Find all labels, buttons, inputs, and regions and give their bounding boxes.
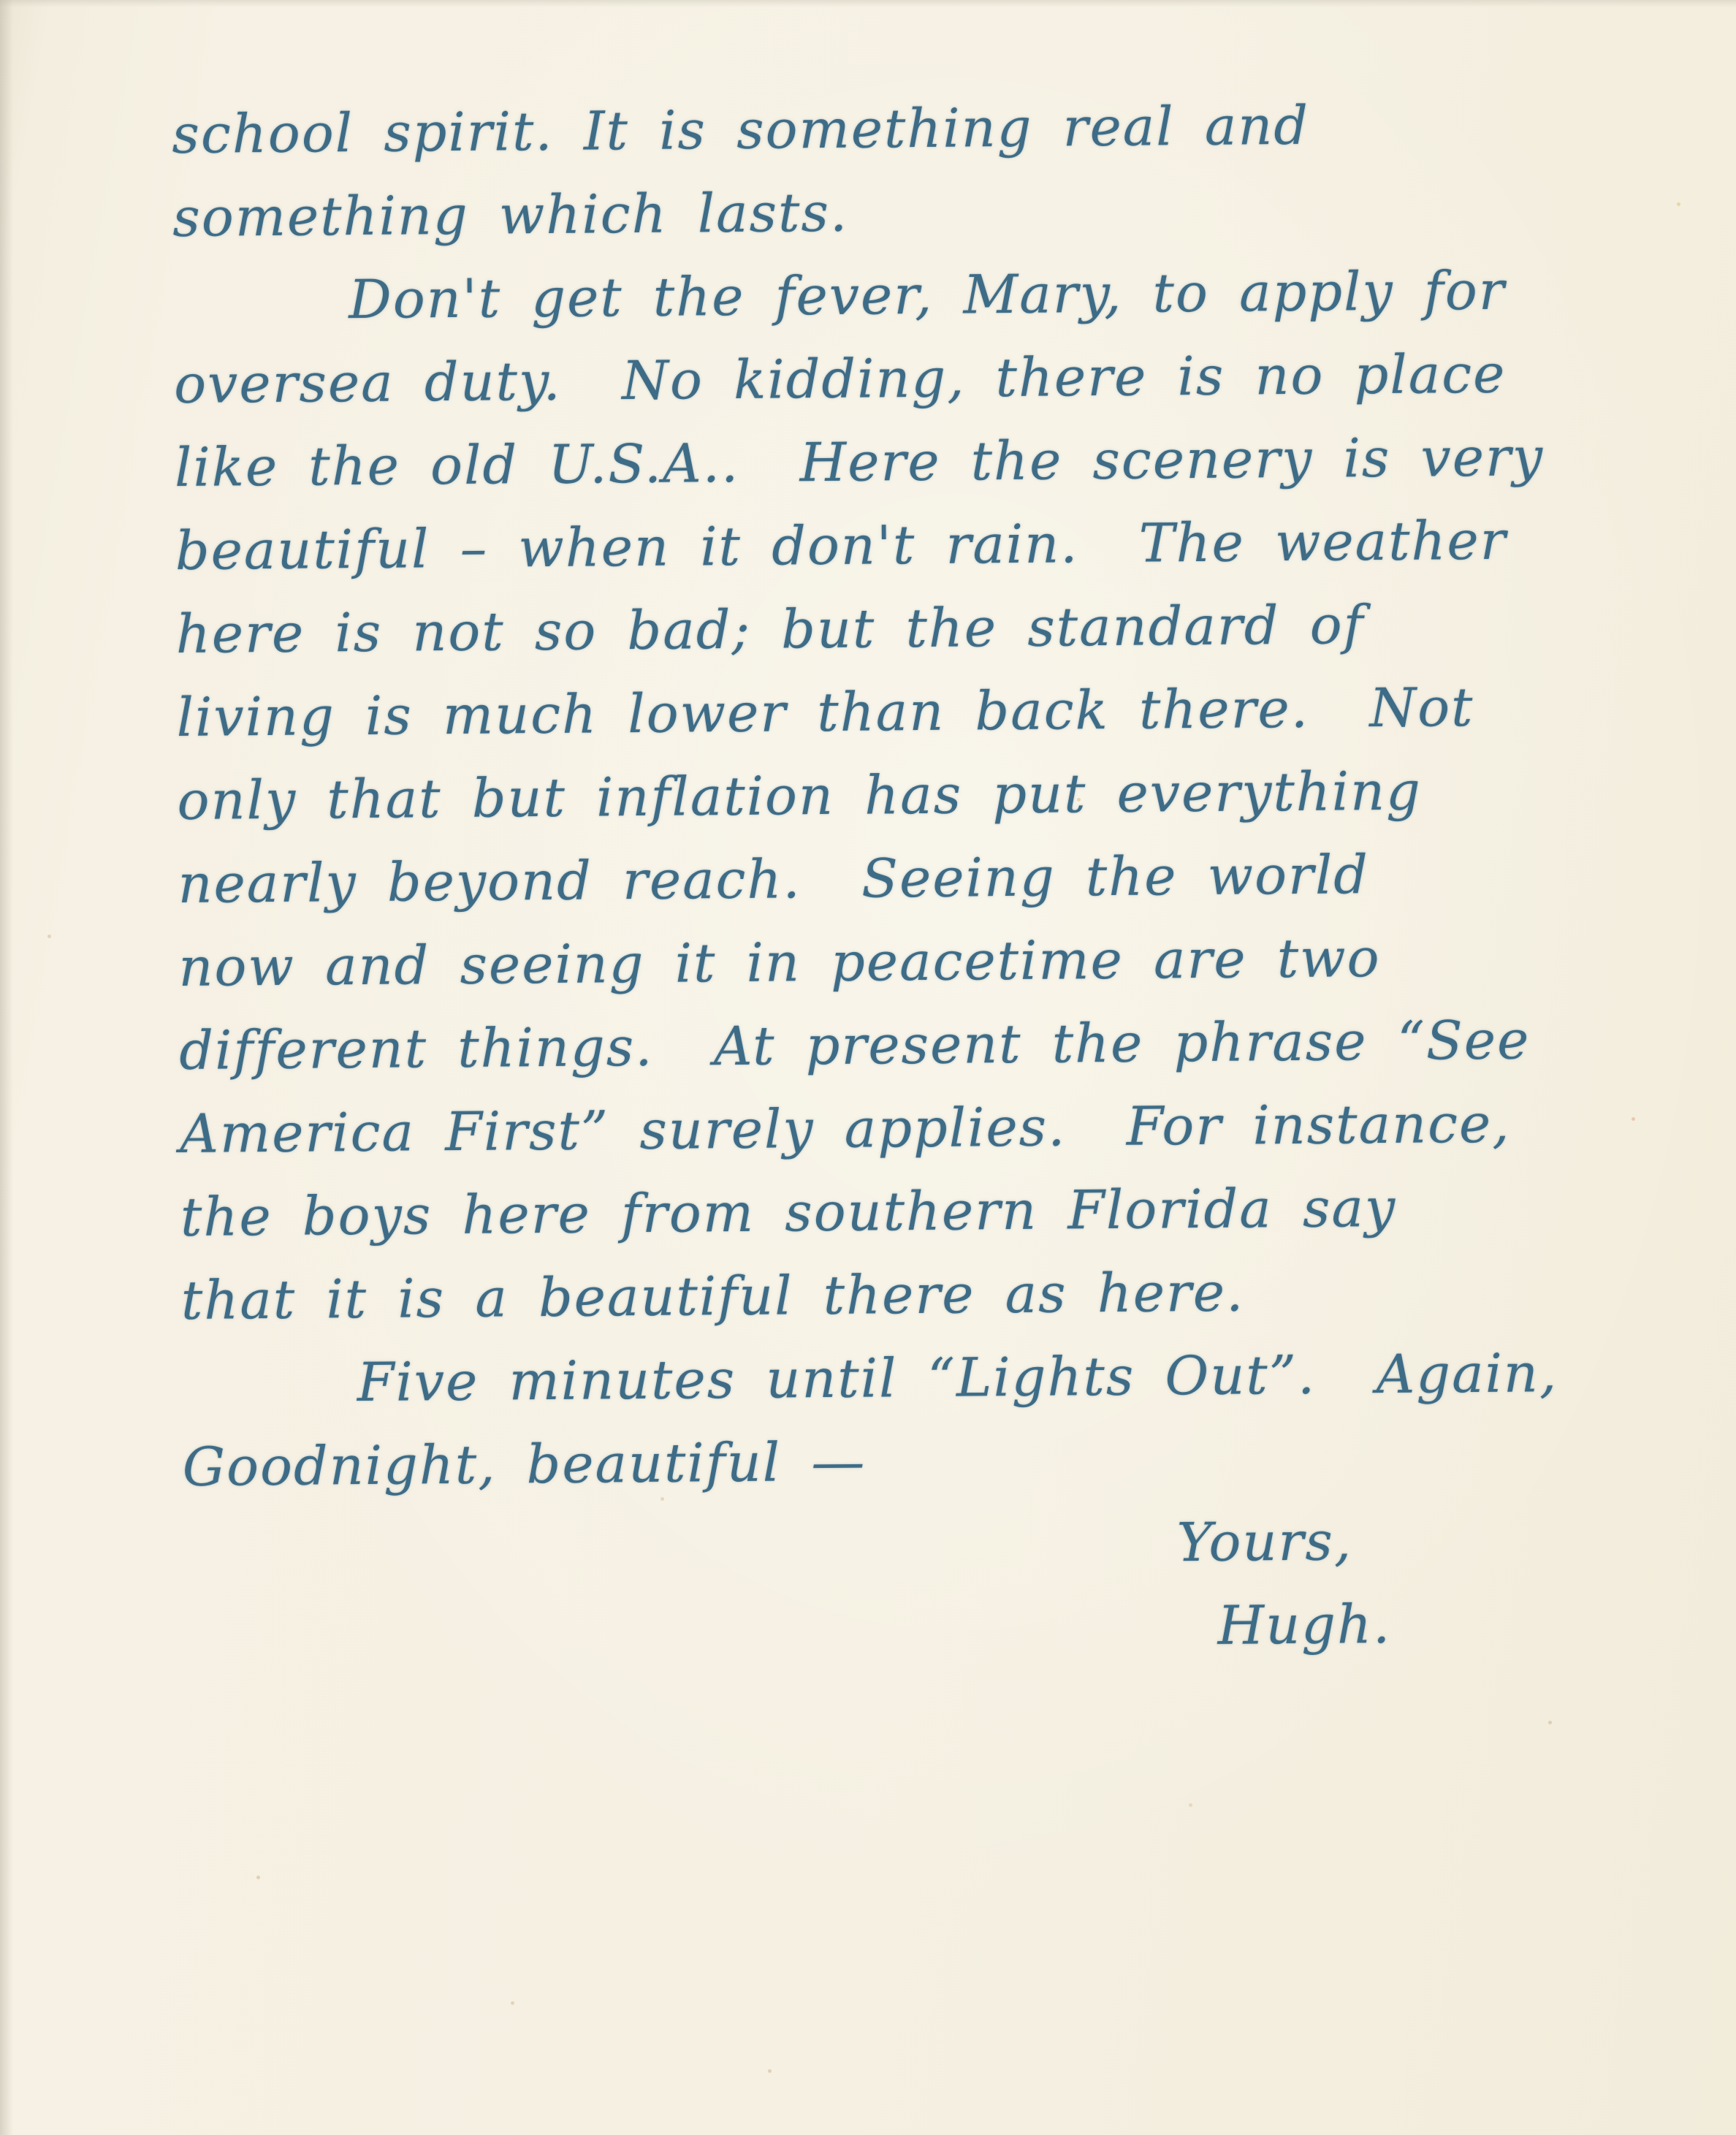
letter-line-8: living is much lower than back there. No… — [176, 666, 1553, 760]
letter-line-14: the boys here from southern Florida say — [180, 1165, 1557, 1260]
letter-line-4: oversea duty. No kidding, there is no pl… — [174, 332, 1550, 427]
letter-line-9: only that but inflation has put everythi… — [177, 749, 1553, 843]
paper-speckles — [0, 0, 2, 2]
letter-line-6: beautiful – when it don't rain. The weat… — [175, 499, 1551, 593]
handwritten-letter-body: school spirit. It is something real and … — [172, 83, 1560, 1676]
letter-line-5: like the old U.S.A.. Here the scenery is… — [175, 416, 1551, 510]
letter-line-13: America First” surely applies. For insta… — [180, 1082, 1556, 1176]
letter-line-15: that it is a beautiful there as here. — [181, 1249, 1558, 1343]
letter-line-17: Goodnight, beautiful — — [182, 1415, 1558, 1510]
signature-name: Hugh. — [1217, 1582, 1560, 1668]
paper-left-edge-shadow — [0, 0, 13, 2135]
letter-line-2: something which lasts. — [172, 166, 1549, 260]
paper-top-edge-shadow — [0, 0, 1736, 7]
letter-line-10: nearly beyond reach. Seeing the world — [178, 832, 1554, 926]
signature-closing: Yours, — [1176, 1499, 1559, 1585]
letter-line-1: school spirit. It is something real and — [172, 83, 1548, 177]
letter-line-16: Five minutes until “Lights Out”. Again, — [181, 1332, 1558, 1426]
letter-line-7: here is not so bad; but the standard of — [175, 582, 1552, 677]
letter-line-3: Don't get the fever, Mary, to apply for — [173, 249, 1550, 343]
letter-line-11: now and seeing it in peacetime are two — [178, 916, 1555, 1010]
letter-line-12: different things. At present the phrase … — [179, 999, 1556, 1093]
letter-page: school spirit. It is something real and … — [0, 0, 1736, 2135]
